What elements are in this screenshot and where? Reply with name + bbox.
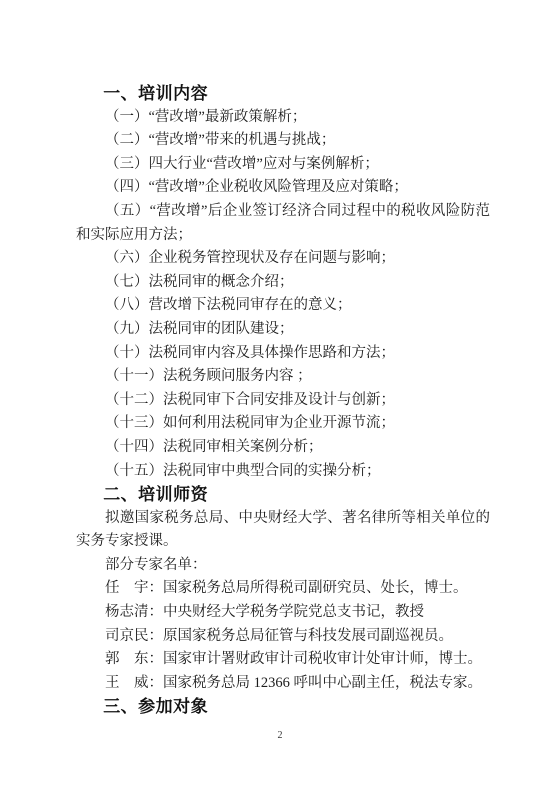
training-item-4: （四）“营改增”企业税收风险管理及应对策略； (76, 176, 490, 200)
training-item-7: （七）法税同审的概念介绍； (76, 271, 490, 295)
training-item-10: （十）法税同审内容及具体操作思路和方法； (76, 342, 490, 366)
faculty-list-label: 部分专家名单： (76, 554, 490, 578)
training-item-15: （十五）法税同审中典型合同的实操分析； (76, 460, 490, 484)
training-item-11: （十一）法税务顾问服务内容 ； (76, 365, 490, 389)
section-heading-participants: 三、参加对象 (76, 695, 490, 719)
training-item-5: （五）“营改增”后企业签订经济合同过程中的税收风险防范和实际应用方法； (76, 200, 490, 247)
expert-entry-2: 杨志清：中央财经大学税务学院党总支书记，教授 (76, 601, 490, 625)
training-item-6: （六）企业税务管控现状及存在问题与影响； (76, 247, 490, 271)
expert-entry-4: 郭 东：国家审计署财政审计司税收审计处审计师，博士。 (76, 648, 490, 672)
training-item-12: （十二）法税同审下合同安排及设计与创新； (76, 389, 490, 413)
document-page: 一、培训内容 （一）“营改增”最新政策解析； （二）“营改增”带来的机遇与挑战；… (0, 0, 560, 792)
training-item-14: （十四）法税同审相关案例分析； (76, 436, 490, 460)
training-item-2: （二）“营改增”带来的机遇与挑战； (76, 129, 490, 153)
section-heading-training-content: 一、培训内容 (76, 82, 490, 106)
section-heading-faculty: 二、培训师资 (76, 483, 490, 507)
training-item-1: （一）“营改增”最新政策解析； (76, 106, 490, 130)
training-item-9: （九）法税同审的团队建设； (76, 318, 490, 342)
training-item-8: （八）营改增下法税同审存在的意义； (76, 294, 490, 318)
document-body: 一、培训内容 （一）“营改增”最新政策解析； （二）“营改增”带来的机遇与挑战；… (76, 82, 490, 719)
training-item-3: （三）四大行业“营改增”应对与案例解析； (76, 153, 490, 177)
expert-entry-3: 司京民：原国家税务总局征管与科技发展司副巡视员。 (76, 625, 490, 649)
training-item-13: （十三）如何利用法税同审为企业开源节流； (76, 412, 490, 436)
expert-entry-5: 王 威：国家税务总局 12366 呼叫中心副主任，税法专家。 (76, 672, 490, 696)
expert-entry-1: 任 宇：国家税务总局所得税司副研究员、处长，博士。 (76, 577, 490, 601)
page-number: 2 (0, 730, 560, 741)
faculty-intro: 拟邀国家税务总局、中央财经大学、著名律所等相关单位的实务专家授课。 (76, 507, 490, 554)
